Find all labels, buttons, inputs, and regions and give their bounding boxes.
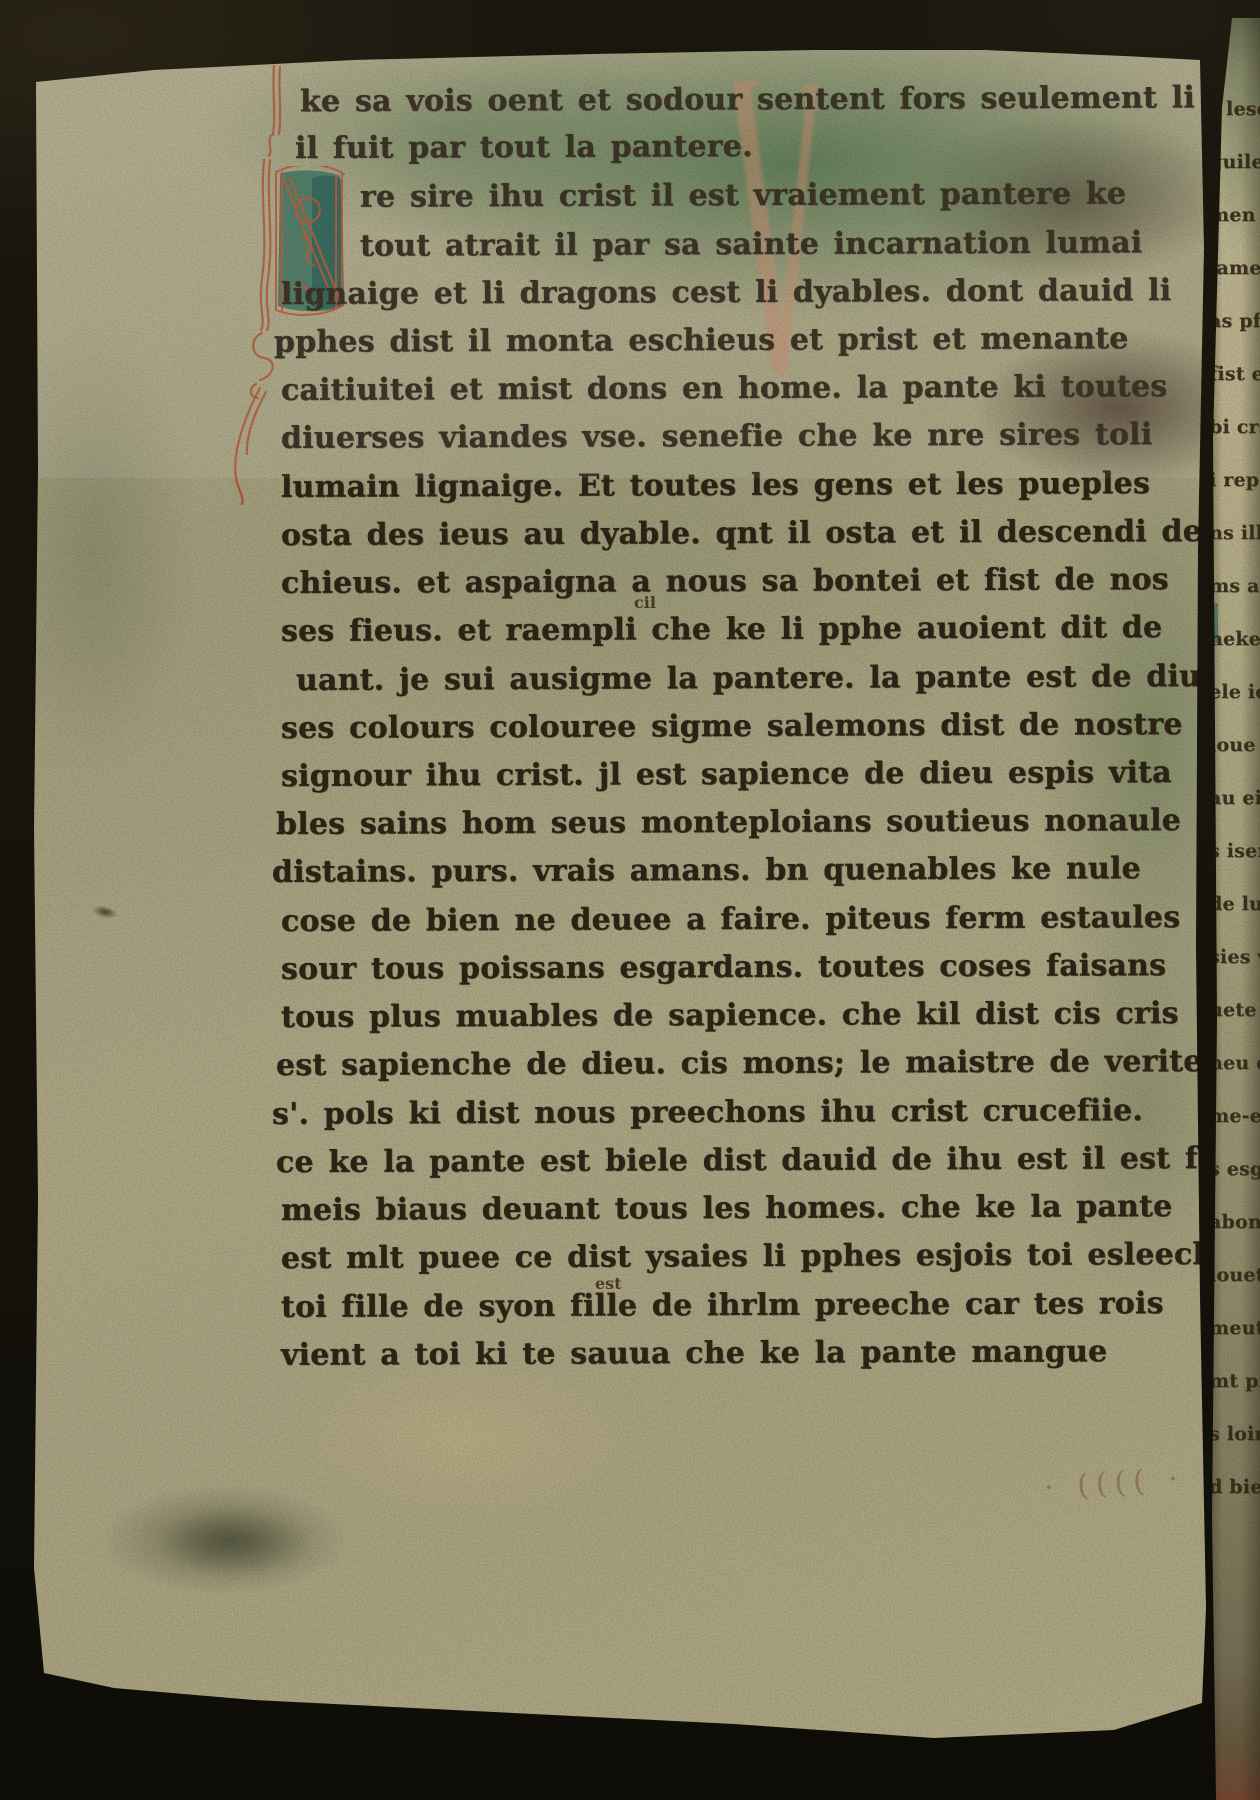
text-line: toi fille de syon fille de ihrlm preeche… — [281, 1287, 1164, 1325]
text-line: signour ihu crist. jl est sapience de di… — [281, 756, 1172, 794]
text-line: diuerses viandes vse. senefie che ke nre… — [281, 418, 1152, 456]
facing-fragment: neu er id — [1209, 1052, 1260, 1074]
facing-fragment: s esgarde — [1209, 1158, 1260, 1180]
margin-smudge — [91, 903, 119, 920]
manuscript-photo: N ke sa vois oent et sodour sentent fors… — [0, 0, 1260, 1800]
facing-fragment: iames dele — [1209, 257, 1260, 279]
text-line: vient a toi ki te sauua che ke la pante … — [281, 1335, 1107, 1373]
text-line: cose de bien ne deuee a faire. piteus fe… — [281, 901, 1180, 939]
text-line: ses fieus. et raempli che ke li pphe auo… — [281, 611, 1162, 649]
text-line: s'. pols ki dist nous preechons ihu cris… — [272, 1094, 1143, 1132]
facing-fragment: loue selys — [1209, 734, 1260, 756]
facing-fragment: r lescole e — [1209, 98, 1260, 120]
facing-fragment: ns ill uer — [1209, 522, 1260, 544]
facing-fragment: s iseno de — [1209, 840, 1260, 862]
facing-fragment: fist et de ail — [1209, 363, 1260, 385]
text-line: re sire ihu crist il est vraiement pante… — [360, 177, 1126, 214]
facing-fragment: louet deli — [1209, 1264, 1260, 1286]
text-line: bles sains hom seus monteploians soutieu… — [276, 804, 1181, 842]
facing-fragment: hekelse — [1209, 628, 1260, 650]
text-line: meis biaus deuant tous les homes. che ke… — [281, 1190, 1173, 1228]
text-line: lignaige et li dragons cest li dyables. … — [281, 274, 1171, 312]
text-line: est sapienche de dieu. cis mons; le mais… — [276, 1045, 1214, 1083]
text-line: est mlt puee ce dist ysaies li pphes esj… — [281, 1238, 1234, 1276]
facing-page-edge: r lescole e guile not l men deluy iames … — [1206, 18, 1260, 1800]
text-line: uant. je sui ausigme la pantere. la pant… — [296, 660, 1201, 698]
text-line: ce ke la pante est biele dist dauid de i… — [276, 1142, 1234, 1180]
text-line: ke sa vois oent et sodour sentent fors s… — [300, 81, 1260, 119]
text-line: caitiuitei et mist dons en home. la pant… — [281, 370, 1167, 408]
damp-stain — [134, 1496, 334, 1588]
page-leaf: N ke sa vois oent et sodour sentent fors… — [34, 48, 1206, 1748]
facing-fragment: ms anor — [1209, 575, 1260, 597]
text-line: osta des ieus au dyable. qnt il osta et … — [281, 515, 1219, 553]
facing-fragment: i repolsa — [1209, 469, 1260, 491]
text-line: lumain lignaige. Et toutes les gens et l… — [281, 467, 1150, 505]
facing-fragment: as pfirlle p — [1209, 310, 1260, 332]
facing-fragment: men deluy — [1209, 204, 1260, 226]
facing-fragment: au eiet ja — [1209, 787, 1260, 809]
facing-fragment: ele ien q — [1209, 681, 1260, 703]
facing-fragment: mt pres e — [1209, 1370, 1260, 1392]
text-line: tous plus muables de sapience. che kil d… — [281, 997, 1179, 1035]
facing-fragment: me-enal — [1209, 1105, 1260, 1127]
text-line: sour tous poissans esgardans. toutes cos… — [281, 949, 1166, 987]
text-line: ses colours colouree sigme salemons dist… — [281, 708, 1183, 746]
facing-fragment: de lui eso — [1209, 893, 1260, 915]
interlinear-gloss: cil — [634, 593, 656, 612]
text-line: chieus. et aspaigna a nous sa bontei et … — [281, 563, 1169, 601]
facing-fragment: bi crst de — [1209, 416, 1260, 438]
text-line: pphes dist il monta eschieus et prist et… — [274, 322, 1129, 360]
facing-fragment: uete lieu — [1209, 999, 1260, 1021]
facing-fragment: sies vne — [1209, 946, 1260, 968]
facing-fragment: abon et la f — [1209, 1211, 1260, 1233]
interlinear-gloss: est — [595, 1274, 622, 1293]
facing-fragment: s loing en — [1209, 1423, 1260, 1445]
quire-mark: · (((( · — [1043, 1461, 1186, 1506]
text-line: tout atrait il par sa sainte incarnation… — [360, 226, 1142, 263]
text-line: distains. purs. vrais amans. bn quenable… — [272, 852, 1141, 890]
facing-fragment: meut ist l — [1209, 1317, 1260, 1339]
facing-fragment: d biestes — [1209, 1476, 1260, 1498]
facing-fragment: guile not l — [1209, 151, 1260, 173]
text-line: il fuit par tout la pantere. — [295, 130, 753, 166]
